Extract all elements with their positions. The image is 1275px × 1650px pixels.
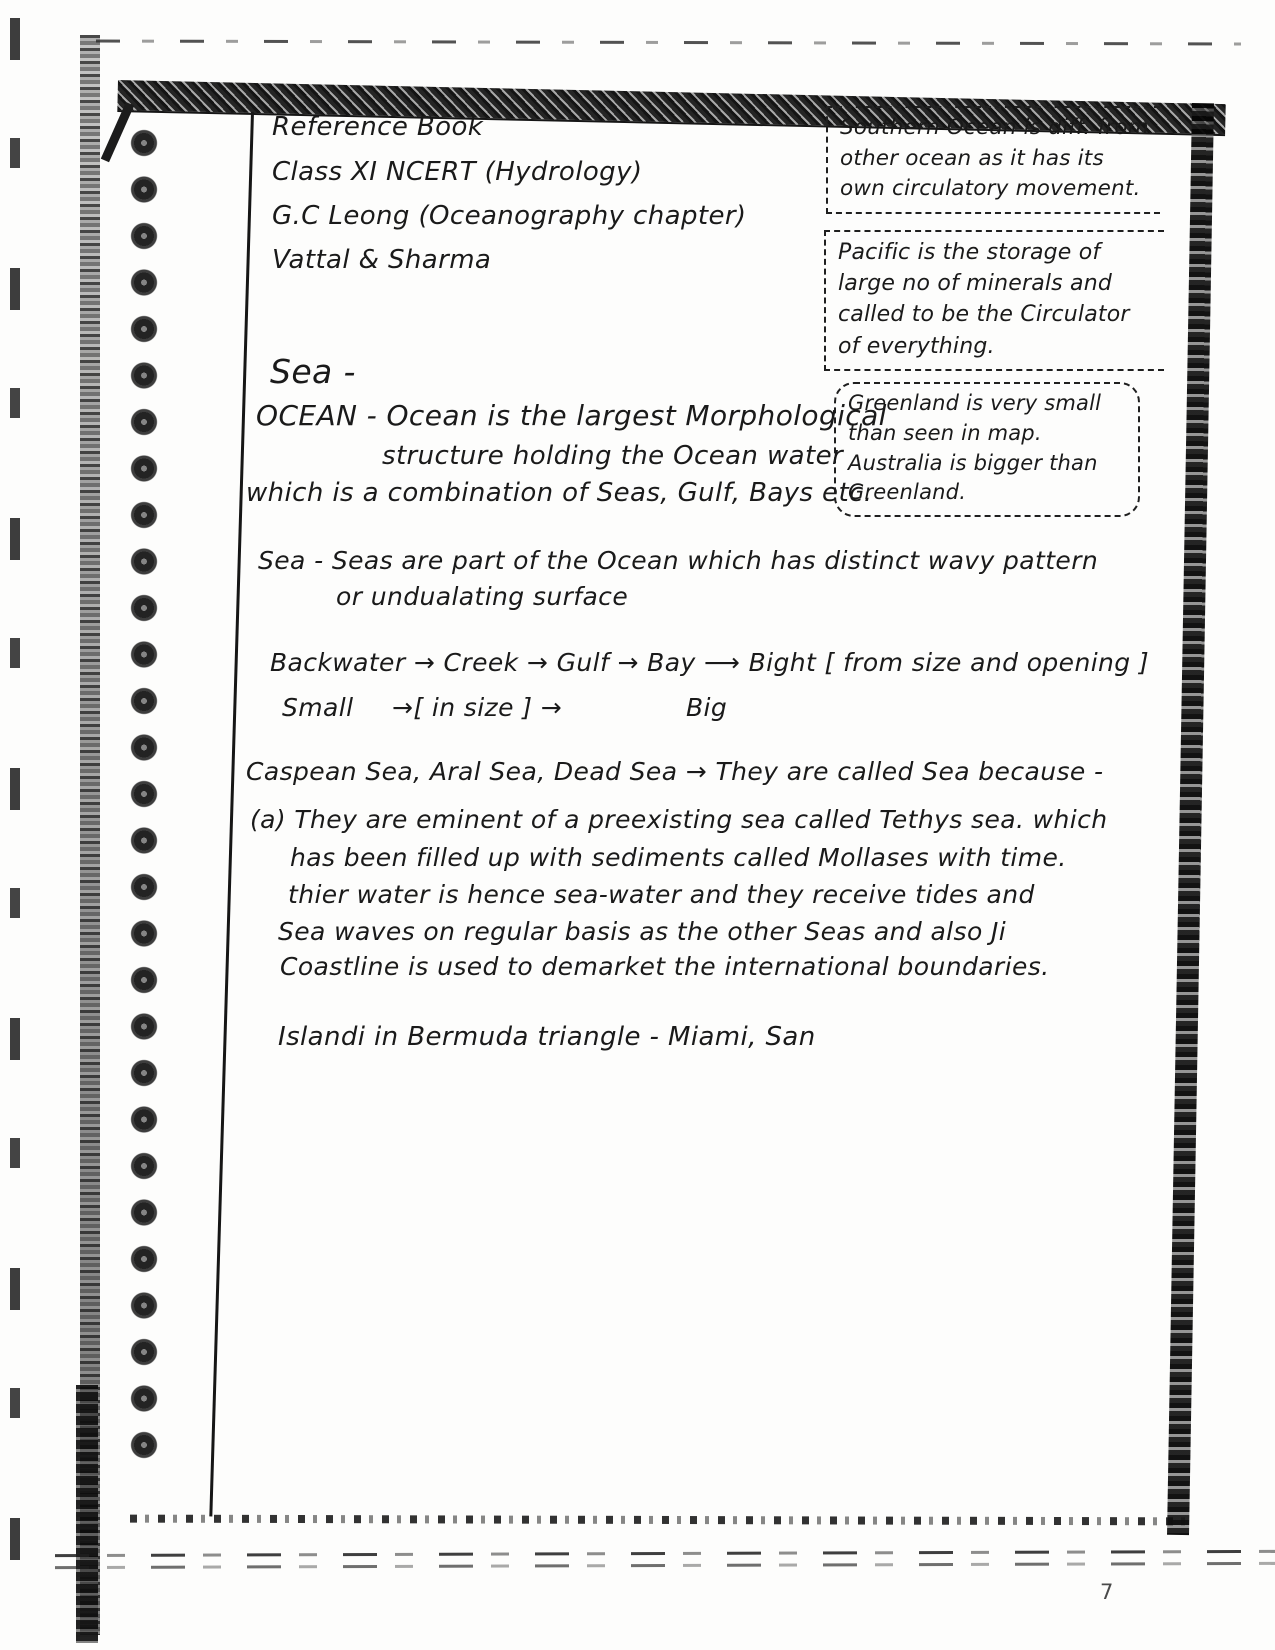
point-a-line-2: has been filled up with sediments called… bbox=[290, 843, 1067, 872]
point-a-line-4: Sea waves on regular basis as the other … bbox=[278, 917, 1006, 946]
caspean-sea-line: Caspean Sea, Aral Sea, Dead Sea → They a… bbox=[246, 757, 1103, 786]
header-line-gc-leong: G.C Leong (Oceanography chapter) bbox=[272, 201, 746, 231]
ocean-definition-line-3: which is a combination of Seas, Gulf, Ba… bbox=[246, 478, 872, 508]
size-chain-line: Backwater → Creek → Gulf → Bay ⟶ Bight [… bbox=[270, 648, 1149, 677]
ocean-definition-line-2: structure holding the Ocean water bbox=[382, 441, 843, 471]
margin-note-pacific: Pacific is the storage of large no of mi… bbox=[824, 230, 1164, 371]
size-chain-big-label: Big bbox=[686, 693, 727, 722]
scanner-edge-marks bbox=[10, 18, 20, 1633]
scan-bottom-crease-line bbox=[55, 1550, 1275, 1557]
sea-definition-line-2: or undualating surface bbox=[336, 582, 628, 611]
point-a-line-5: Coastline is used to demarket the intern… bbox=[280, 952, 1050, 981]
header-line-class: Class XI NCERT (Hydrology) bbox=[272, 157, 642, 187]
margin-note-southern-ocean: Southern Ocean is diff. from other ocean… bbox=[826, 106, 1160, 214]
notebook-spine-edge-dark bbox=[76, 1385, 98, 1643]
islands-bermuda-line: Islandi in Bermuda triangle - Miami, San bbox=[278, 1022, 816, 1052]
page-number: 7 bbox=[1100, 1580, 1113, 1604]
margin-rule-line bbox=[209, 112, 254, 1516]
scanned-notebook-page: Reference Book Class XI NCERT (Hydrology… bbox=[0, 0, 1275, 1650]
page-bottom-edge bbox=[130, 1515, 1192, 1526]
scan-bottom-crease-line-2 bbox=[55, 1562, 1275, 1569]
point-a-line-3: thier water is hence sea-water and they … bbox=[288, 880, 1035, 909]
header-line-vattal-sharma: Vattal & Sharma bbox=[272, 245, 491, 275]
page-right-shadow-band bbox=[1167, 103, 1214, 1535]
ocean-definition-line-1: OCEAN - Ocean is the largest Morphologic… bbox=[256, 399, 887, 432]
point-a-line-1: (a) They are eminent of a preexisting se… bbox=[250, 805, 1107, 834]
scan-top-crease-line bbox=[96, 40, 1241, 46]
sea-heading: Sea - bbox=[270, 352, 356, 391]
sea-definition-line-1: Sea - Seas are part of the Ocean which h… bbox=[258, 546, 1098, 575]
header-line-reference-book: Reference Book bbox=[272, 112, 483, 142]
size-chain-small-label: Small bbox=[282, 693, 353, 722]
spiral-binding-holes bbox=[126, 120, 162, 1468]
size-chain-mid-label: →[ in size ] → bbox=[392, 693, 562, 722]
